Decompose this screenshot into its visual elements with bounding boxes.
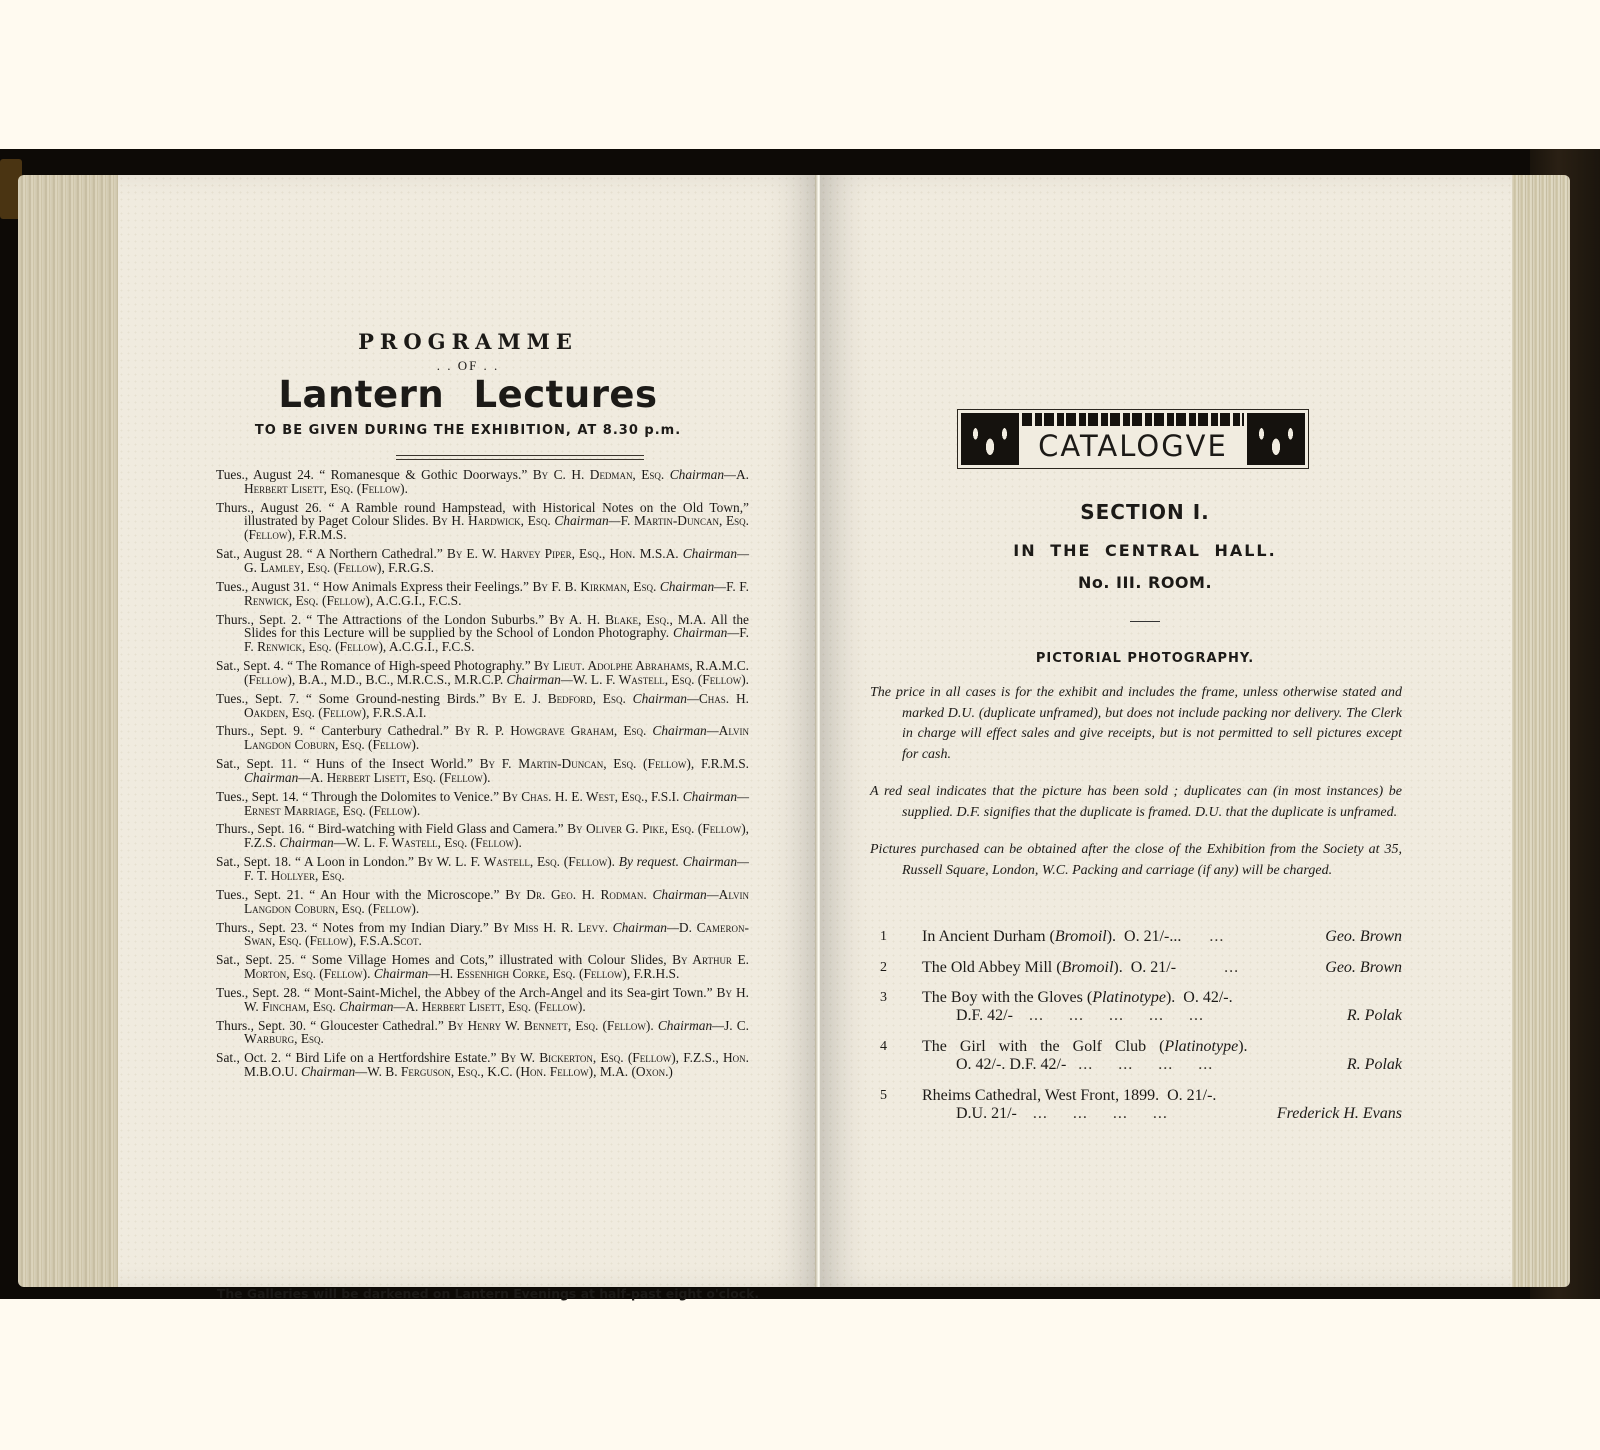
lecture-entry: Tues., Sept. 28. “ Mont-Saint-Michel, th… (216, 986, 749, 1014)
page-stack-right (1512, 175, 1570, 1287)
item-title: In Ancient Durham (922, 928, 1046, 945)
note-paragraph: The price in all cases is for the exhibi… (870, 683, 1402, 765)
programme-heading: PROGRAMME (118, 329, 818, 354)
lecture-entry: Thurs., Sept. 16. “ Bird-watching with F… (216, 822, 749, 850)
lecture-entry: Sat., Sept. 25. “ Some Village Homes and… (216, 953, 749, 981)
item-artist: R. Polak (1347, 1056, 1402, 1074)
category-heading: PICTORIAL PHOTOGRAPHY. (820, 651, 1470, 666)
lecture-entry: Thurs., Sept. 2. “ The Attractions of th… (216, 613, 749, 654)
catalogue-item: 2 The Old Abbey Mill (Bromoil). O. 21/- … (880, 959, 1402, 977)
lecture-entry: Tues., Sept. 21. “ An Hour with the Micr… (216, 888, 749, 916)
catalogue-item: 4 The Girl with the Golf Club (Platinoty… (880, 1038, 1402, 1074)
open-book: PROGRAMME . . OF . . Lantern Lectures TO… (0, 149, 1600, 1299)
room-heading: No. III. ROOM. (820, 573, 1470, 592)
item-number: 3 (880, 989, 922, 1025)
lecture-entry: Sat., Sept. 4. “ The Romance of High-spe… (216, 659, 749, 687)
lecture-entry: Thurs., August 26. “ A Ramble round Hamp… (216, 501, 749, 542)
catalogue-item: 1 In Ancient Durham (Bromoil). O. 21/-..… (880, 928, 1402, 946)
double-rule-divider (396, 455, 644, 460)
item-process: Platinotype (1092, 989, 1166, 1006)
item-artist: Geo. Brown (1325, 928, 1402, 946)
item-duplicate-price: D.F. 42/- (956, 1007, 1013, 1024)
catalogue-notes: The price in all cases is for the exhibi… (870, 683, 1402, 898)
left-page: PROGRAMME . . OF . . Lantern Lectures TO… (118, 175, 818, 1287)
item-number: 5 (880, 1087, 922, 1123)
item-process: Bromoil (1062, 959, 1114, 976)
item-artist: Geo. Brown (1325, 959, 1402, 977)
section-title: SECTION I. (820, 500, 1470, 524)
item-price: O. 21/- (1131, 959, 1176, 976)
programme-of: . . OF . . (118, 358, 818, 374)
lecture-entry: Tues., August 31. “ How Animals Express … (216, 580, 749, 608)
lecture-entry: Tues., Sept. 14. “ Through the Dolomites… (216, 790, 749, 818)
item-process: Bromoil (1055, 928, 1107, 945)
lecture-entry: Thurs., Sept. 9. “ Canterbury Cathedral.… (216, 724, 749, 752)
catalogue-item: 5 Rheims Cathedral, West Front, 1899. O.… (880, 1087, 1402, 1123)
lecture-entry: Sat., August 28. “ A Northern Cathedral.… (216, 547, 749, 575)
lecture-list: Tues., August 24. “ Romanesque & Gothic … (216, 468, 749, 1084)
lecture-entry: Thurs., Sept. 30. “ Gloucester Cathedral… (216, 1019, 749, 1047)
flower-ornament-icon (961, 413, 1019, 465)
item-duplicate-price: D.U. 21/- (956, 1105, 1017, 1122)
item-price: O. 21/-. (1167, 1087, 1216, 1104)
item-process: Platinotype (1164, 1038, 1238, 1055)
right-page: CATALOGVE SECTION I. IN THE CENTRAL HALL… (820, 175, 1512, 1287)
catalogue-banner: CATALOGVE (957, 409, 1309, 469)
page-stack-left (18, 175, 118, 1287)
note-paragraph: A red seal indicates that the picture ha… (870, 782, 1402, 823)
programme-title: Lantern Lectures (118, 373, 818, 416)
lecture-entry: Thurs., Sept. 23. “ Notes from my Indian… (216, 921, 749, 949)
flower-ornament-icon (1247, 413, 1305, 465)
hall-heading: IN THE CENTRAL HALL. (820, 541, 1470, 560)
item-number: 4 (880, 1038, 922, 1074)
scroll-ornament-border (1022, 413, 1244, 426)
galleries-darkened-note: The Galleries will be darkened on Lanter… (118, 1286, 858, 1301)
item-number: 1 (880, 928, 922, 946)
item-title: The Girl with the Golf Club (922, 1038, 1146, 1055)
short-divider (1130, 621, 1160, 622)
item-artist: Frederick H. Evans (1277, 1105, 1402, 1123)
item-number: 2 (880, 959, 922, 977)
programme-subtitle: TO BE GIVEN DURING THE EXHIBITION, AT 8.… (118, 423, 818, 438)
item-title: Rheims Cathedral, West Front, 1899. (922, 1087, 1159, 1104)
lecture-entry: Sat., Oct. 2. “ Bird Life on a Hertfords… (216, 1051, 749, 1079)
catalogue-items: 1 In Ancient Durham (Bromoil). O. 21/-..… (880, 928, 1402, 1136)
item-title: The Boy with the Gloves (922, 989, 1083, 1006)
item-price: O. 21/-... (1124, 928, 1181, 945)
note-paragraph: Pictures purchased can be obtained after… (870, 840, 1402, 881)
catalogue-title: CATALOGVE (1022, 427, 1244, 465)
lecture-entry: Tues., August 24. “ Romanesque & Gothic … (216, 468, 749, 496)
item-title: The Old Abbey Mill (922, 959, 1052, 976)
catalogue-item: 3 The Boy with the Gloves (Platinotype).… (880, 989, 1402, 1025)
lecture-entry: Sat., Sept. 18. “ A Loon in London.” By … (216, 855, 749, 883)
lecture-entry: Tues., Sept. 7. “ Some Ground-nesting Bi… (216, 692, 749, 720)
lecture-entry: Sat., Sept. 11. “ Huns of the Insect Wor… (216, 757, 749, 785)
item-artist: R. Polak (1347, 1007, 1402, 1025)
item-duplicate-price: O. 42/-. D.F. 42/- (956, 1056, 1066, 1073)
item-price: O. 42/-. (1183, 989, 1232, 1006)
